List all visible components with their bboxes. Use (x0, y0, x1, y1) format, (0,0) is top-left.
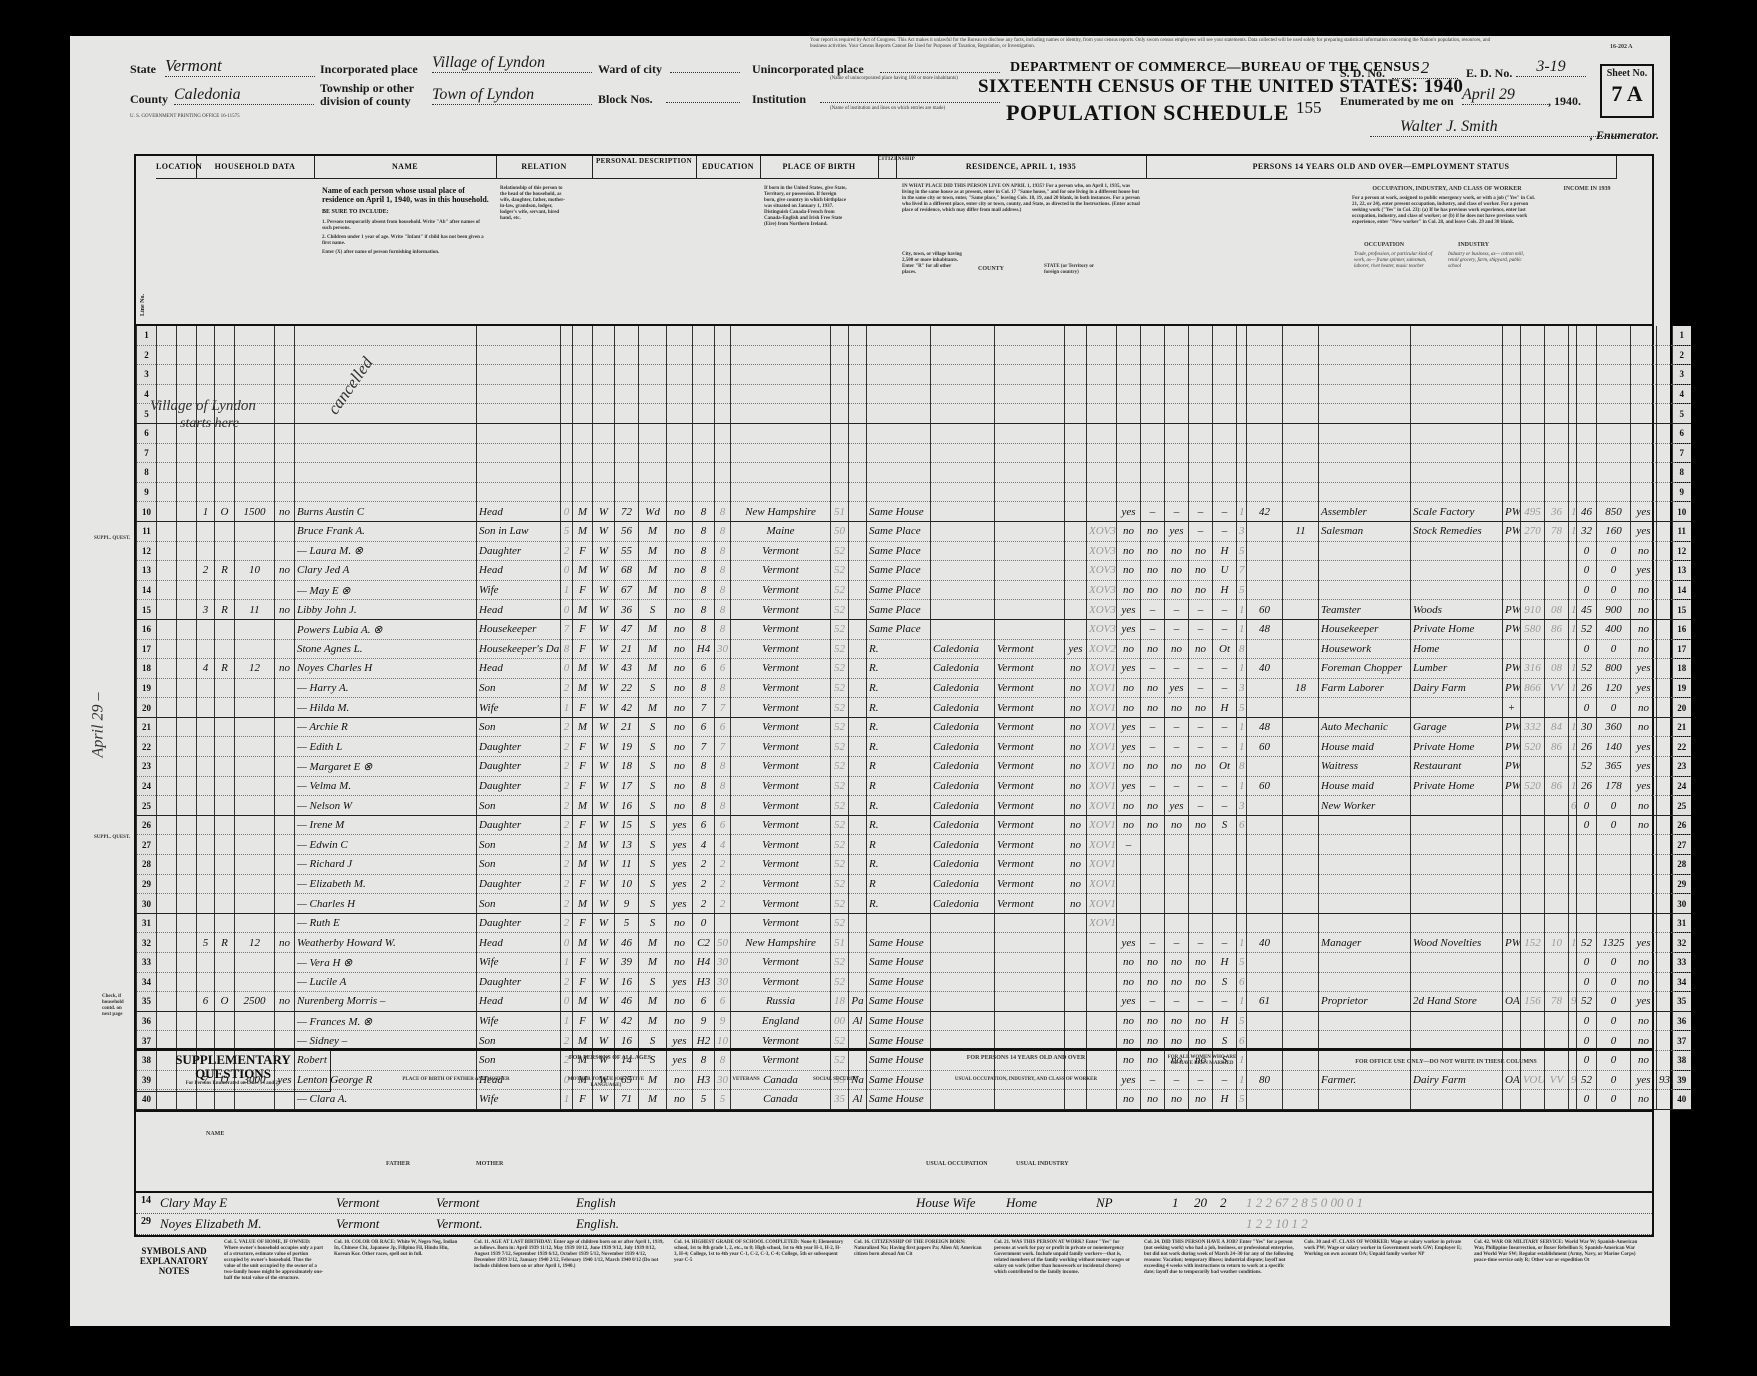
activity: H (1213, 1011, 1237, 1031)
residence-code: XOV2 (1087, 639, 1117, 659)
relation: Son in Law (477, 521, 561, 541)
wages: 0 (1597, 639, 1631, 659)
home-value (235, 639, 275, 659)
supp-age-marriage: 20 (1194, 1195, 1218, 1211)
farm (275, 796, 295, 816)
birth-code: 52 (831, 815, 849, 835)
line-number-right: 20 (1673, 698, 1691, 718)
occupation-examples: Trade, profession, or particular kind of… (1354, 252, 1438, 270)
home-value (235, 423, 275, 443)
other-income (1631, 365, 1657, 385)
activity (1213, 404, 1237, 424)
residence-1935: Same House (867, 933, 931, 953)
on-farm (1065, 521, 1087, 541)
wages: 850 (1597, 502, 1631, 522)
at-work: yes (1117, 619, 1141, 639)
other-income: yes (1631, 757, 1657, 777)
race: W (593, 815, 615, 835)
weeks-worked (1577, 855, 1597, 875)
person-name: — Nelson W (295, 796, 477, 816)
other-income (1631, 874, 1657, 894)
line-number-right: 1 (1673, 326, 1691, 345)
class-of-worker: PW (1503, 757, 1521, 777)
seeking-work (1165, 326, 1189, 345)
ind-code (1545, 815, 1569, 835)
activity-code (1237, 404, 1247, 424)
industry: Wood Novelties (1411, 933, 1503, 953)
home-value (235, 1011, 275, 1031)
residence-state: Vermont (995, 894, 1065, 914)
other-income: no (1631, 600, 1657, 620)
relation-code: 0 (561, 992, 573, 1012)
activity-code: 8 (1237, 757, 1247, 777)
other-income (1631, 855, 1657, 875)
at-work (1117, 365, 1141, 385)
birthplace: England (731, 1011, 831, 1031)
group-education: EDUCATION (696, 156, 761, 179)
farm-schedule (1657, 384, 1673, 404)
grade: 4 (693, 835, 715, 855)
citizenship (849, 423, 867, 443)
activity (1213, 835, 1237, 855)
industry: Scale Factory (1411, 502, 1503, 522)
hours-worked: 48 (1247, 619, 1283, 639)
weeks-worked (1577, 326, 1597, 345)
industry (1411, 815, 1503, 835)
house-number (177, 992, 197, 1012)
table-row: 132R10noClary Jed AHead0MW68Mno88Vermont… (137, 561, 1691, 581)
grade-code (715, 384, 731, 404)
school: yes (667, 835, 693, 855)
activity: H (1213, 698, 1237, 718)
grade-code: 2 (715, 855, 731, 875)
cls-code (1569, 365, 1577, 385)
grade-code: 8 (715, 561, 731, 581)
residence-1935 (867, 423, 931, 443)
seeking-work: – (1165, 502, 1189, 522)
weeks-worked: 46 (1577, 502, 1597, 522)
race: W (593, 855, 615, 875)
activity-code (1237, 913, 1247, 933)
weeks-worked: 0 (1577, 815, 1597, 835)
school: no (667, 776, 693, 796)
weeks-worked (1577, 463, 1597, 483)
cls-code (1569, 384, 1577, 404)
residence-county (931, 619, 995, 639)
relation-code (561, 423, 573, 443)
farm-schedule (1657, 796, 1673, 816)
citizenship (849, 698, 867, 718)
residence-county: Caledonia (931, 639, 995, 659)
residence-1935: R. (867, 678, 931, 698)
marital (639, 463, 667, 483)
weeks-unemployed (1283, 874, 1319, 894)
residence-code: XOV1 (1087, 894, 1117, 914)
relation-code (561, 404, 573, 424)
grade: 7 (693, 698, 715, 718)
birthplace: Vermont (731, 953, 831, 973)
relation-code (561, 443, 573, 463)
activity-code: 6 (1237, 815, 1247, 835)
seeking-work (1165, 365, 1189, 385)
activity (1213, 482, 1237, 502)
grade: 8 (693, 541, 715, 561)
school: no (667, 757, 693, 777)
residence-state (995, 423, 1065, 443)
sheet-label: Sheet No. (1602, 68, 1652, 79)
household-number (197, 619, 215, 639)
birthplace: Vermont (731, 913, 831, 933)
has-job: no (1189, 757, 1213, 777)
sex: F (573, 953, 593, 973)
on-farm (1065, 953, 1087, 973)
household-number (197, 345, 215, 365)
farm-schedule (1657, 463, 1673, 483)
weeks-unemployed (1283, 463, 1319, 483)
ind-code (1545, 580, 1569, 600)
farm-schedule (1657, 1011, 1673, 1031)
wages (1597, 482, 1631, 502)
emergency-work: no (1141, 1011, 1165, 1031)
be-sure: BE SURE TO INCLUDE: (322, 208, 490, 217)
wages: 0 (1597, 796, 1631, 816)
seeking-work: – (1165, 717, 1189, 737)
school: no (667, 561, 693, 581)
group-location: LOCATION (156, 156, 197, 179)
occ-code (1521, 541, 1545, 561)
other-income (1631, 326, 1657, 345)
relation-code: 2 (561, 678, 573, 698)
residence-state: Vermont (995, 717, 1065, 737)
at-work: no (1117, 796, 1141, 816)
ind-code (1545, 463, 1569, 483)
street (157, 345, 177, 365)
at-work (1117, 482, 1141, 502)
emergency-work: no (1141, 815, 1165, 835)
house-number (177, 345, 197, 365)
emergency-work (1141, 913, 1165, 933)
note-col16: Col. 16. CITIZENSHIP OF THE FOREIGN BORN… (854, 1240, 984, 1258)
line-number: 36 (137, 1011, 157, 1031)
industry (1411, 913, 1503, 933)
grade-code: 8 (715, 580, 731, 600)
age: 42 (615, 1011, 639, 1031)
farm-schedule (1657, 639, 1673, 659)
relation-code: 2 (561, 874, 573, 894)
marital: M (639, 541, 667, 561)
at-work: no (1117, 561, 1141, 581)
weeks-worked: 0 (1577, 639, 1597, 659)
residence-code (1087, 972, 1117, 992)
on-farm: no (1065, 717, 1087, 737)
farm (275, 580, 295, 600)
class-of-worker (1503, 580, 1521, 600)
street (157, 521, 177, 541)
school: yes (667, 894, 693, 914)
farm: no (275, 659, 295, 679)
occ-code (1521, 1011, 1545, 1031)
marital: M (639, 698, 667, 718)
relation: Head (477, 561, 561, 581)
has-job: no (1189, 639, 1213, 659)
at-work (1117, 443, 1141, 463)
marital (639, 326, 667, 345)
age: 17 (615, 776, 639, 796)
wages: 360 (1597, 717, 1631, 737)
birthplace: Vermont (731, 796, 831, 816)
sex (573, 482, 593, 502)
residence-1935: Same Place (867, 600, 931, 620)
wages: 365 (1597, 757, 1631, 777)
house-number (177, 502, 197, 522)
person-name: — Edith L (295, 737, 477, 757)
person-name: Noyes Charles H (295, 659, 477, 679)
birth-code (831, 423, 849, 443)
weeks-unemployed (1283, 580, 1319, 600)
race: W (593, 796, 615, 816)
occ-code (1521, 835, 1545, 855)
hours-worked: 40 (1247, 659, 1283, 679)
activity: – (1213, 737, 1237, 757)
weeks-worked: 0 (1577, 953, 1597, 973)
weeks-unemployed: 11 (1283, 521, 1319, 541)
sex: M (573, 659, 593, 679)
school: no (667, 953, 693, 973)
activity-code: 3 (1237, 521, 1247, 541)
hours-worked (1247, 874, 1283, 894)
note-col14: Col. 14. HIGHEST GRADE OF SCHOOL COMPLET… (674, 1240, 844, 1264)
occ-code (1521, 404, 1545, 424)
residence-state (995, 972, 1065, 992)
marital: S (639, 835, 667, 855)
marital: M (639, 992, 667, 1012)
relation-code: 1 (561, 953, 573, 973)
weeks-unemployed (1283, 796, 1319, 816)
sex: F (573, 913, 593, 933)
farm (275, 874, 295, 894)
name-instructions: Name of each person whose usual place of… (322, 186, 490, 256)
grade (693, 404, 715, 424)
line-number: 22 (137, 737, 157, 757)
residence-county (931, 521, 995, 541)
street (157, 619, 177, 639)
wages (1597, 894, 1631, 914)
person-name (295, 423, 477, 443)
residence-code: XOV3 (1087, 521, 1117, 541)
farm: no (275, 502, 295, 522)
birthplace: Vermont (731, 874, 831, 894)
grade-code: 8 (715, 600, 731, 620)
relation-desc: Relationship of this person to the head … (500, 186, 570, 222)
table-row: 99 (137, 482, 1691, 502)
wages (1597, 345, 1631, 365)
birth-code: 52 (831, 796, 849, 816)
class-of-worker (1503, 384, 1521, 404)
weeks-unemployed (1283, 404, 1319, 424)
stamp-number: 155 (1296, 98, 1322, 118)
citizenship (849, 561, 867, 581)
group-relation: RELATION (496, 156, 593, 179)
seeking-work: no (1165, 639, 1189, 659)
household-number (197, 953, 215, 973)
supp-line: 29 (136, 1216, 156, 1227)
activity-code: 7 (1237, 561, 1247, 581)
farm-schedule (1657, 1050, 1673, 1070)
suppl-quest-29: SUPPL. QUEST. (94, 835, 130, 841)
street (157, 463, 177, 483)
farm-schedule (1657, 992, 1673, 1012)
line-number: 35 (137, 992, 157, 1012)
has-job: – (1189, 502, 1213, 522)
ind-code (1545, 894, 1569, 914)
activity: – (1213, 619, 1237, 639)
citizenship: Pa (849, 992, 867, 1012)
line-number-right: 22 (1673, 737, 1691, 757)
age: 15 (615, 815, 639, 835)
relation: Head (477, 502, 561, 522)
relation (477, 384, 561, 404)
grade: 9 (693, 1011, 715, 1031)
residence-state (995, 365, 1065, 385)
ind-code (1545, 698, 1569, 718)
enumerator-signature: Walter J. Smith (1370, 118, 1620, 137)
home-value (235, 913, 275, 933)
birth-code (831, 345, 849, 365)
person-name: Libby John J. (295, 600, 477, 620)
street (157, 855, 177, 875)
wages: 400 (1597, 619, 1631, 639)
ind-code (1545, 913, 1569, 933)
enumerated-date: April 29 (1462, 86, 1548, 105)
marital: S (639, 913, 667, 933)
farm (275, 541, 295, 561)
hours-worked (1247, 855, 1283, 875)
sex: F (573, 972, 593, 992)
street (157, 776, 177, 796)
person-name (295, 365, 477, 385)
emergency-work: no (1141, 541, 1165, 561)
farm (275, 855, 295, 875)
class-of-worker (1503, 561, 1521, 581)
activity-code (1237, 835, 1247, 855)
table-row: 22— Edith LDaughter2FW19Sno77Vermont52R.… (137, 737, 1691, 757)
seeking-work (1165, 384, 1189, 404)
at-work (1117, 463, 1141, 483)
grade: 8 (693, 757, 715, 777)
line-number-right: 34 (1673, 972, 1691, 992)
line-number: 32 (137, 933, 157, 953)
has-job: – (1189, 678, 1213, 698)
farm-schedule (1657, 580, 1673, 600)
class-of-worker: PW (1503, 717, 1521, 737)
house-number (177, 482, 197, 502)
birth-code: 52 (831, 972, 849, 992)
on-farm: no (1065, 894, 1087, 914)
table-row: 30— Charles HSon2MW9Syes22Vermont52R.Cal… (137, 894, 1691, 914)
cls-code (1569, 698, 1577, 718)
at-work (1117, 894, 1141, 914)
citizenship (849, 541, 867, 561)
street (157, 541, 177, 561)
at-work: no (1117, 521, 1141, 541)
activity: – (1213, 776, 1237, 796)
relation-code: 0 (561, 561, 573, 581)
marital: S (639, 717, 667, 737)
occupation (1319, 913, 1411, 933)
farm (275, 463, 295, 483)
house-number (177, 365, 197, 385)
birthplace: Vermont (731, 659, 831, 679)
line-number: 30 (137, 894, 157, 914)
weeks-worked (1577, 482, 1597, 502)
grade-code: 8 (715, 678, 731, 698)
hours-worked (1247, 384, 1283, 404)
cls-code (1569, 482, 1577, 502)
farm (275, 639, 295, 659)
has-job: – (1189, 992, 1213, 1012)
household-number (197, 521, 215, 541)
age: 68 (615, 561, 639, 581)
school (667, 345, 693, 365)
grade: 8 (693, 521, 715, 541)
table-row: 24— Velma M.Daughter2FW17Sno88Vermont52R… (137, 776, 1691, 796)
line-number-right: 25 (1673, 796, 1691, 816)
street (157, 580, 177, 600)
ind-code (1545, 953, 1569, 973)
grade (693, 443, 715, 463)
race: W (593, 933, 615, 953)
birth-code: 52 (831, 639, 849, 659)
occupation: Foreman Chopper (1319, 659, 1411, 679)
household-number (197, 541, 215, 561)
seeking-work (1165, 404, 1189, 424)
state-value: Vermont (165, 56, 315, 77)
line-number-right: 18 (1673, 659, 1691, 679)
activity: H (1213, 953, 1237, 973)
occ-code (1521, 757, 1545, 777)
residence-state (995, 443, 1065, 463)
grade-code (715, 404, 731, 424)
supp-mother-tongue: MOTHER TONGUE (OR NATIVE LANGUAGE) (556, 1077, 656, 1089)
farm-schedule (1657, 482, 1673, 502)
weeks-unemployed (1283, 326, 1319, 345)
activity-code: 1 (1237, 600, 1247, 620)
owned-rented (215, 737, 235, 757)
farm-schedule (1657, 502, 1673, 522)
supp-col-name: NAME (206, 1131, 224, 1138)
race: W (593, 757, 615, 777)
activity-code (1237, 365, 1247, 385)
home-value (235, 737, 275, 757)
owned-rented (215, 345, 235, 365)
marital: M (639, 619, 667, 639)
owned-rented (215, 796, 235, 816)
sex: F (573, 541, 593, 561)
age: 5 (615, 913, 639, 933)
seeking-work (1165, 345, 1189, 365)
age (615, 463, 639, 483)
industry (1411, 972, 1503, 992)
occupation (1319, 1011, 1411, 1031)
residence-1935: R. (867, 659, 931, 679)
citizenship (849, 365, 867, 385)
activity-code: 6 (1237, 972, 1247, 992)
other-income: no (1631, 698, 1657, 718)
age (615, 443, 639, 463)
farm (275, 482, 295, 502)
other-income: no (1631, 619, 1657, 639)
supp-birth-parents: PLACE OF BIRTH OF FATHER AND MOTHER (336, 1077, 576, 1083)
